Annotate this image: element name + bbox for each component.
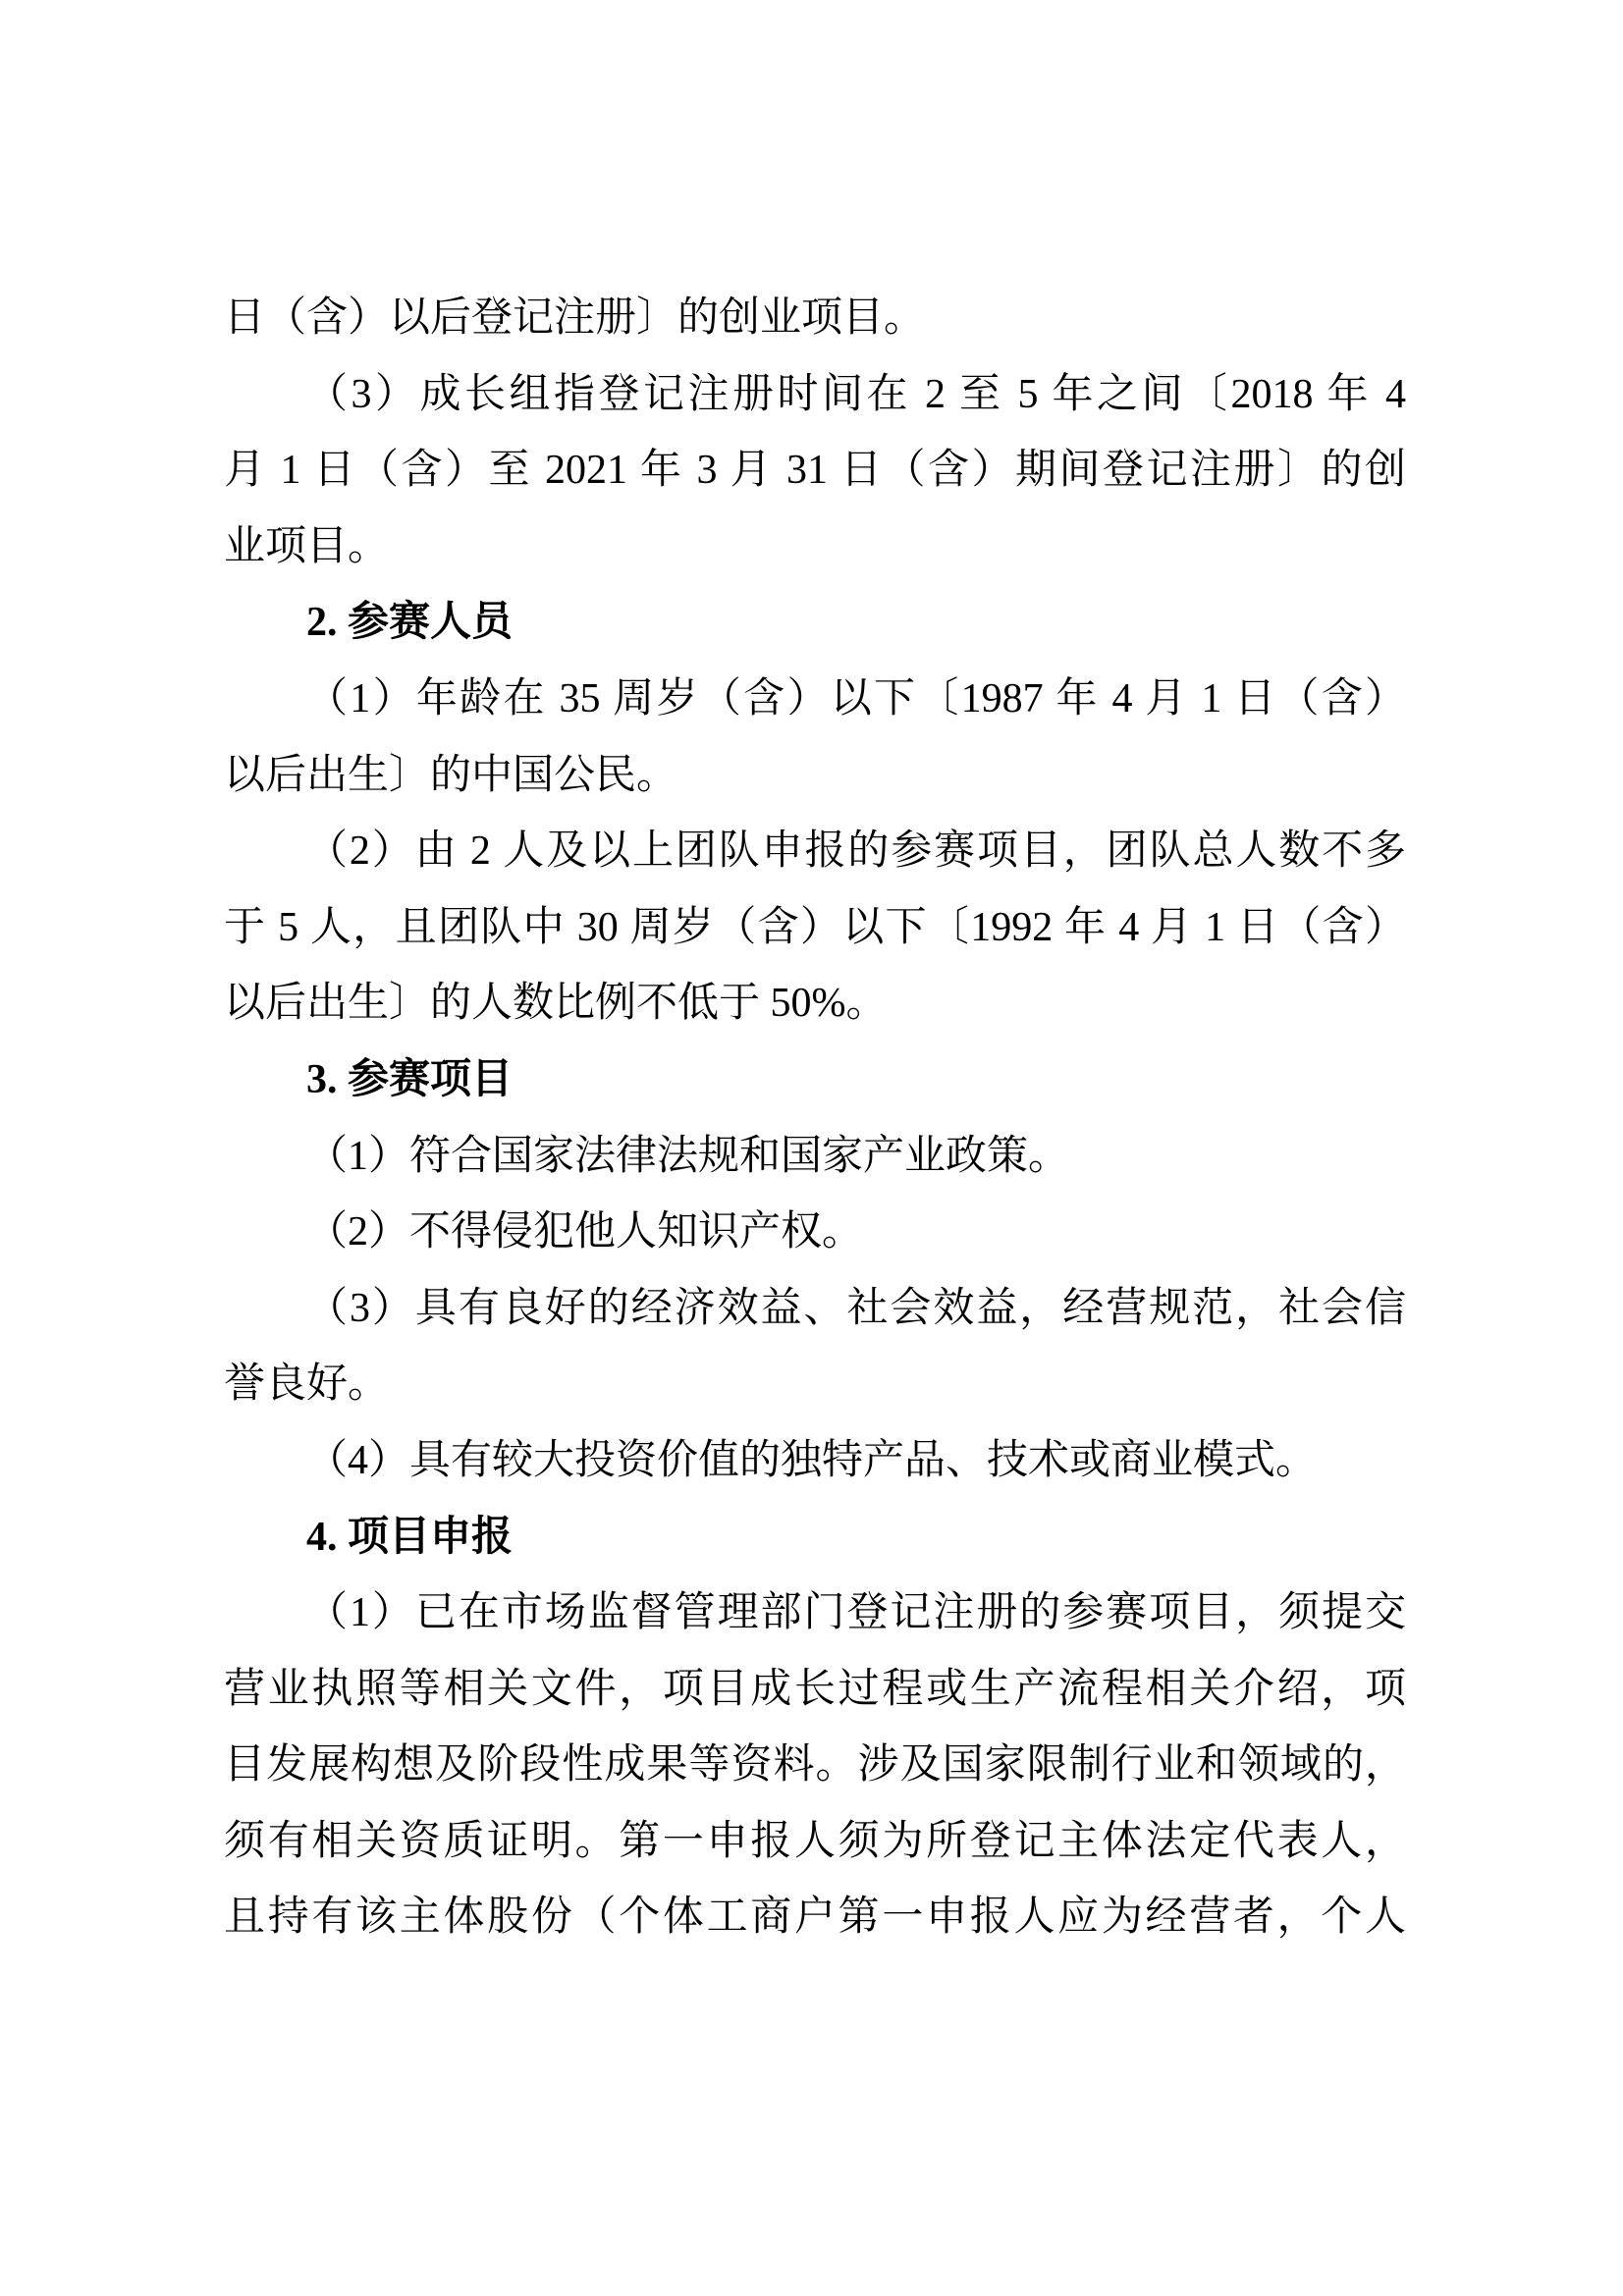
text-line: （1）符合国家法律法规和国家产业政策。 <box>224 1119 1406 1196</box>
text-line: （2）由 2 人及以上团队申报的参赛项目，团队总人数不多 <box>224 814 1406 890</box>
text-line: （1）年龄在 35 周岁（含）以下〔1987 年 4 月 1 日（含） <box>224 662 1406 738</box>
text-line: 且持有该主体股份（个体工商户第一申报人应为经营者，个人 <box>224 1880 1406 1956</box>
text-line: 业项目。 <box>224 509 1406 586</box>
text-line: （3）成长组指登记注册时间在 2 至 5 年之间〔2018 年 4 <box>224 357 1406 434</box>
section-heading-2: 2. 参赛人员 <box>224 585 1406 662</box>
text-block: 日（含）以后登记注册〕的创业项目。 （3）成长组指登记注册时间在 2 至 5 年… <box>224 281 1406 1956</box>
text-line: 于 5 人，且团队中 30 周岁（含）以下〔1992 年 4 月 1 日（含） <box>224 890 1406 967</box>
text-line: 以后出生〕的人数比例不低于 50%。 <box>224 966 1406 1042</box>
text-line: 须有相关资质证明。第一申报人须为所登记主体法定代表人， <box>224 1804 1406 1881</box>
text-line: 月 1 日（含）至 2021 年 3 月 31 日（含）期间登记注册〕的创 <box>224 433 1406 509</box>
text-line: （4）具有较大投资价值的独特产品、技术或商业模式。 <box>224 1423 1406 1500</box>
text-line: 以后出生〕的中国公民。 <box>224 738 1406 815</box>
text-line: 营业执照等相关文件，项目成长过程或生产流程相关介绍，项 <box>224 1652 1406 1729</box>
text-line: （3）具有良好的经济效益、社会效益，经营规范，社会信 <box>224 1271 1406 1348</box>
text-line: 日（含）以后登记注册〕的创业项目。 <box>224 281 1406 357</box>
section-heading-3: 3. 参赛项目 <box>224 1042 1406 1119</box>
text-line: 目发展构想及阶段性成果等资料。涉及国家限制行业和领域的， <box>224 1728 1406 1804</box>
text-line: （1）已在市场监督管理部门登记注册的参赛项目，须提交 <box>224 1575 1406 1652</box>
section-heading-4: 4. 项目申报 <box>224 1500 1406 1576</box>
text-line: 誉良好。 <box>224 1347 1406 1423</box>
document-page: 日（含）以后登记注册〕的创业项目。 （3）成长组指登记注册时间在 2 至 5 年… <box>0 0 1623 2296</box>
text-line: （2）不得侵犯他人知识产权。 <box>224 1195 1406 1271</box>
